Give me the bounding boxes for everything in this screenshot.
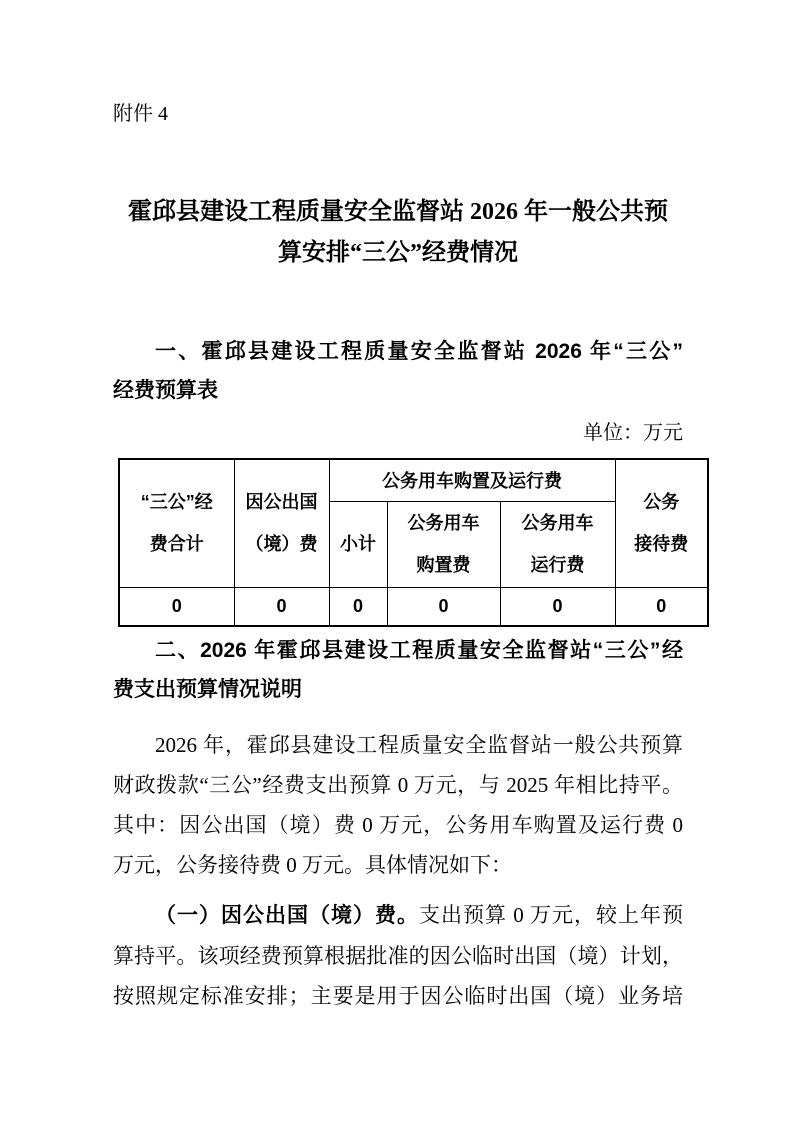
section-heading-1: 一、霍邱县建设工程质量安全监督站 2026 年“三公” 经费预算表 <box>113 332 683 410</box>
paragraph-abroad-line-1: （一）因公出国（境）费。支出预算 0 万元，较上年预 <box>113 895 683 936</box>
value-reception-fee: 0 <box>615 587 708 626</box>
header-abroad-line-2: （境）费 <box>235 523 329 565</box>
value-vehicle-purchase: 0 <box>387 587 500 626</box>
header-operation-line-1: 公务用车 <box>501 502 615 544</box>
header-subtotal-line-1: 小计 <box>330 523 387 565</box>
header-cell-abroad-fee: 因公出国 （境）费 <box>234 459 329 587</box>
header-reception-line-1: 公务 <box>616 481 708 523</box>
table-value-row: 0 0 0 0 0 0 <box>119 587 708 626</box>
document-title-line-1: 霍邱县建设工程质量安全监督站 2026 年一般公共预 <box>113 192 683 233</box>
paragraph-summary-line-3: 其中：因公出国（境）费 0 万元，公务用车购置及运行费 0 <box>113 805 683 845</box>
section-heading-2: 二、2026 年霍邱县建设工程质量安全监督站“三公”经 费支出预算情况说明 <box>113 631 683 709</box>
attachment-label: 附件 4 <box>113 100 168 128</box>
unit-label: 单位：万元 <box>113 419 683 447</box>
value-sangong-total: 0 <box>119 587 234 626</box>
budget-table: “三公”经 费合计 因公出国 （境）费 公务用车购置及运行费 公务 接待费 小计… <box>118 458 709 627</box>
document-title: 霍邱县建设工程质量安全监督站 2026 年一般公共预 算安排“三公”经费情况 <box>113 192 683 274</box>
header-cell-subtotal: 小计 <box>329 501 387 587</box>
header-cell-vehicle-purchase: 公务用车 购置费 <box>387 501 500 587</box>
paragraph-abroad-line-1-rest: 支出预算 0 万元，较上年预 <box>419 903 683 927</box>
section-2-line-1: 二、2026 年霍邱县建设工程质量安全监督站“三公”经 <box>113 631 683 670</box>
header-cell-reception-fee: 公务 接待费 <box>615 459 708 587</box>
value-abroad-fee: 0 <box>234 587 329 626</box>
section-2-line-2: 费支出预算情况说明 <box>113 670 683 709</box>
section-1-line-1: 一、霍邱县建设工程质量安全监督站 2026 年“三公” <box>113 332 683 371</box>
paragraph-summary-line-4: 万元，公务接待费 0 万元。具体情况如下： <box>113 845 683 885</box>
paragraph-abroad-detail: （一）因公出国（境）费。支出预算 0 万元，较上年预 算持平。该项经费预算根据批… <box>113 895 683 1016</box>
paragraph-summary-line-2: 财政拨款“三公”经费支出预算 0 万元，与 2025 年相比持平。 <box>113 765 683 805</box>
document-page: 附件 4 霍邱县建设工程质量安全监督站 2026 年一般公共预 算安排“三公”经… <box>0 0 793 1122</box>
header-purchase-line-1: 公务用车 <box>388 502 500 544</box>
value-vehicle-operation: 0 <box>500 587 615 626</box>
paragraph-summary-line-1: 2026 年，霍邱县建设工程质量安全监督站一般公共预算 <box>113 725 683 765</box>
header-reception-line-2: 接待费 <box>616 523 708 565</box>
header-operation-line-2: 运行费 <box>501 544 615 586</box>
paragraph-abroad-lead: （一）因公出国（境）费。 <box>155 904 419 927</box>
header-cell-sangong-total: “三公”经 费合计 <box>119 459 234 587</box>
header-cell-vehicle-group: 公务用车购置及运行费 <box>329 459 615 501</box>
document-title-line-2: 算安排“三公”经费情况 <box>113 233 683 274</box>
header-sangong-line-1: “三公”经 <box>120 481 234 523</box>
paragraph-abroad-line-3: 按照规定标准安排；主要是用于因公临时出国（境）业务培 <box>113 976 683 1016</box>
header-abroad-line-1: 因公出国 <box>235 481 329 523</box>
header-purchase-line-2: 购置费 <box>388 544 500 586</box>
paragraph-summary: 2026 年，霍邱县建设工程质量安全监督站一般公共预算 财政拨款“三公”经费支出… <box>113 725 683 885</box>
section-1-line-2: 经费预算表 <box>113 371 683 410</box>
value-subtotal: 0 <box>329 587 387 626</box>
header-cell-vehicle-operation: 公务用车 运行费 <box>500 501 615 587</box>
header-sangong-line-2: 费合计 <box>120 523 234 565</box>
paragraph-abroad-line-2: 算持平。该项经费预算根据批准的因公临时出国（境）计划， <box>113 936 683 976</box>
